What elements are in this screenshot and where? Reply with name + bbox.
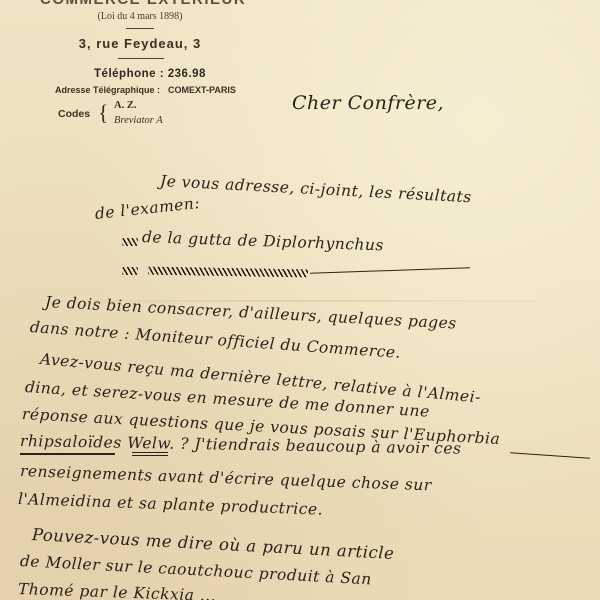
code-item: Breviator A — [114, 115, 163, 126]
letter-line: Thomé par le Kickxia ... — [18, 580, 217, 600]
divider — [126, 28, 154, 29]
telegraph-label: Adresse Télégraphique : — [55, 85, 160, 95]
divider — [118, 58, 164, 59]
letter-line: renseignements avant d'écrire quelque ch… — [20, 462, 432, 494]
telephone-label: Téléphone : — [94, 68, 164, 80]
letter-line: de la gutta de Diplorhynchus — [142, 228, 385, 254]
code-item: A. Z. — [114, 100, 136, 111]
underline — [20, 453, 115, 455]
crossed-out-word — [122, 267, 138, 275]
letterhead-telephone: Téléphone : 236.98 — [80, 68, 220, 80]
letterhead-address: 3, rue Feydeau, 3 — [60, 36, 220, 51]
underline — [310, 267, 470, 274]
letterhead-telegraph: Adresse Télégraphique :COMEXT-PARIS — [55, 85, 245, 95]
underline — [510, 452, 590, 459]
diplorhynchus-line: de la gutta de Diplorhynchus — [142, 228, 385, 254]
brace-icon: { — [98, 100, 109, 126]
crossed-out-word — [122, 238, 138, 246]
codes-label: Codes — [58, 108, 90, 120]
letterhead-title: COMMERCE EXTÉRIEUR — [40, 0, 240, 8]
double-underline — [132, 452, 168, 453]
letter-line: l'Almeidina et sa plante productrice. — [18, 490, 324, 519]
telegraph-value: COMEXT-PARIS — [168, 85, 236, 95]
letter-line: Je vous adresse, ci-joint, les résultats — [160, 172, 473, 206]
telephone-value: 236.98 — [168, 68, 206, 80]
salutation: Cher Confrère, — [292, 92, 444, 114]
letter-page: COMMERCE EXTÉRIEUR (Loi du 4 mars 1898) … — [0, 0, 600, 600]
letter-line: de l'examen: — [94, 194, 201, 223]
letterhead-law: (Loi du 4 mars 1898) — [60, 11, 220, 22]
crossed-out-line — [148, 267, 308, 278]
